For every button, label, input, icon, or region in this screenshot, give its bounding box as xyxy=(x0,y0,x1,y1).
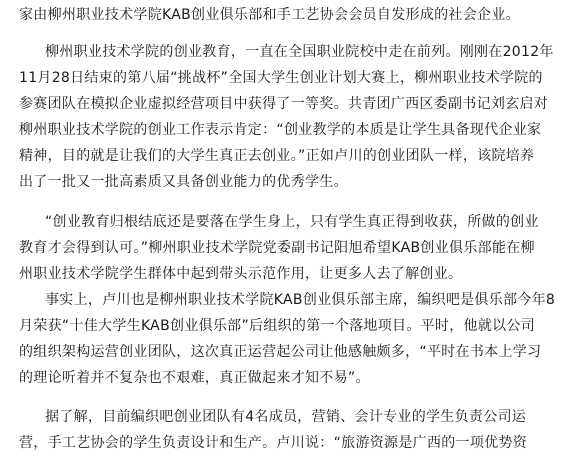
text-line: 事实上，卢川也是柳州职业技术学院KAB创业俱乐部主席，编织吧是俱乐部今年8 xyxy=(19,287,555,313)
paragraph-3: “创业教育归根结底还是要落在学生身上，只有学生真正得到收获，所做的创业 教育才会… xyxy=(19,209,539,287)
text-line: 家由柳州职业技术学院KAB创业俱乐部和手工艺协会会员自发形成的社会企业。 xyxy=(19,2,520,28)
text-line: 11月28日结束的第八届“挑战杯”全国大学生创业计划大赛上，柳州职业技术学院的 xyxy=(19,65,554,91)
text-line: 参赛团队在模拟企业虚拟经营项目中获得了一等奖。共青团广西区委副书记刘玄启对 xyxy=(19,91,554,117)
paragraph-1: 家由柳州职业技术学院KAB创业俱乐部和手工艺协会会员自发形成的社会企业。 xyxy=(19,2,520,28)
text-line: 柳州职业技术学院的创业工作表示肯定：“创业教学的本质是让学生具备现代企业家 xyxy=(19,117,554,143)
text-line: 营，手工艺协会的学生负责设计和生产。卢川说：“旅游资源是广西的一项优势资 xyxy=(19,430,527,456)
text-line: 据了解，目前编织吧创业团队有4名成员，营销、会计专业的学生负责公司运 xyxy=(19,404,527,430)
paragraph-4: 事实上，卢川也是柳州职业技术学院KAB创业俱乐部主席，编织吧是俱乐部今年8 月荣… xyxy=(19,287,555,391)
text-line: 教育才会得到认可。”柳州职业技术学院党委副书记阳旭希望KAB创业俱乐部能在柳 xyxy=(19,235,539,261)
text-line: 月荣获“十佳大学生KAB创业俱乐部”后组织的第一个落地项目。平时，他就以公司 xyxy=(19,313,555,339)
text-line: 的理论听着并不复杂也不艰难，真正做起来才知不易”。 xyxy=(19,365,555,391)
text-line: 精神，目的就是让我们的大学生真正去创业。”正如卢川的创业团队一样，该院培养 xyxy=(19,143,554,169)
text-line: 的组织架构运营创业团队，这次真正运营起公司让他感触颇多，“平时在书本上学习 xyxy=(19,339,555,365)
text-line: “创业教育归根结底还是要落在学生身上，只有学生真正得到收获，所做的创业 xyxy=(19,209,539,235)
paragraph-5: 据了解，目前编织吧创业团队有4名成员，营销、会计专业的学生负责公司运 营，手工艺… xyxy=(19,404,527,456)
text-line: 出了一批又一批高素质又具备创业能力的优秀学生。 xyxy=(19,169,554,195)
text-line: 柳州职业技术学院的创业教育，一直在全国职业院校中走在前列。刚刚在2012年 xyxy=(19,39,554,65)
paragraph-2: 柳州职业技术学院的创业教育，一直在全国职业院校中走在前列。刚刚在2012年 11… xyxy=(19,39,554,195)
text-line: 州职业技术学院学生群体中起到带头示范作用，让更多人去了解创业。 xyxy=(19,261,539,287)
